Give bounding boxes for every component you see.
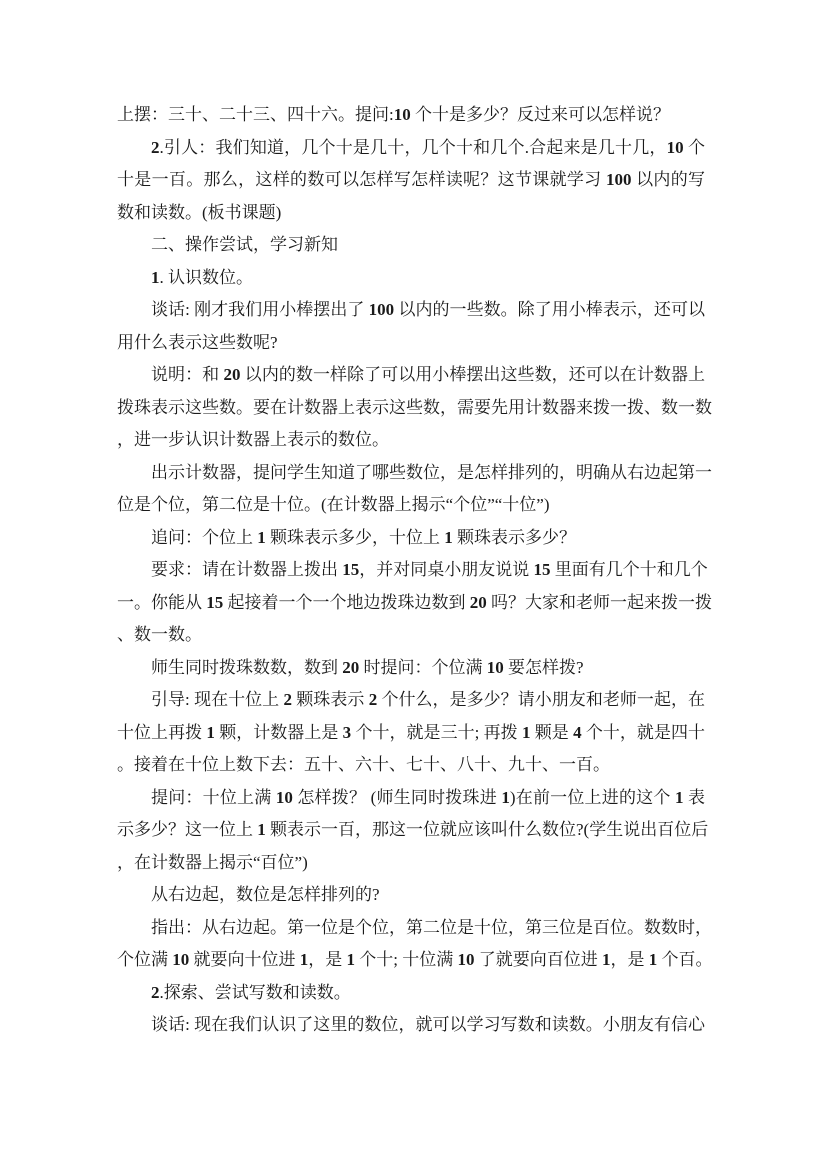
text-line: 用什么表示这些数呢? bbox=[117, 327, 705, 360]
text-line: 指出：从右边起。第一位是个位，第二位是十位，第三位是百位。数数时， bbox=[117, 912, 705, 945]
text-line: 示多少？这一位上 1 颗表示一百，那这一位就应该叫什么数位?(学生说出百位后 bbox=[117, 814, 705, 847]
text-line: 从右边起，数位是怎样排列的? bbox=[117, 879, 705, 912]
text-line: 上摆：三十、二十三、四十六。提问:10 个十是多少？反过来可以怎样说？ bbox=[117, 99, 705, 132]
text-line: 2.探索、尝试写数和读数。 bbox=[117, 977, 705, 1010]
text-line: 、数一数。 bbox=[117, 619, 705, 652]
text-line: 说明：和 20 以内的数一样除了可以用小棒摆出这些数，还可以在计数器上 bbox=[117, 359, 705, 392]
text-line: 谈话: 刚才我们用小棒摆出了 100 以内的一些数。除了用小棒表示，还可以 bbox=[117, 294, 705, 327]
text-line: 二、操作尝试，学习新知 bbox=[117, 229, 705, 262]
document-text-block: 上摆：三十、二十三、四十六。提问:10 个十是多少？反过来可以怎样说？ 2.引人… bbox=[117, 99, 705, 1042]
text-line: 数和读数。(板书课题) bbox=[117, 197, 705, 230]
text-line: 出示计数器，提问学生知道了哪些数位，是怎样排列的，明确从右边起第一 bbox=[117, 457, 705, 490]
text-line: 拨珠表示这些数。要在计数器上表示这些数，需要先用计数器来拨一拨、数一数 bbox=[117, 392, 705, 425]
text-line: 谈话: 现在我们认识了这里的数位，就可以学习写数和读数。小朋友有信心 bbox=[117, 1009, 705, 1042]
text-line: 提问：十位上满 10 怎样拨？ (师生同时拨珠进 1)在前一位上进的这个 1 表 bbox=[117, 782, 705, 815]
text-line: 追问：个位上 1 颗珠表示多少，十位上 1 颗珠表示多少？ bbox=[117, 522, 705, 555]
text-line: 一。你能从 15 起接着一个一个地边拨珠边数到 20 吗？大家和老师一起来拨一拨 bbox=[117, 587, 705, 620]
text-line: 2.引人：我们知道，几个十是几十，几个十和几个.合起来是几十几，10 个 bbox=[117, 132, 705, 165]
text-line: 十是一百。那么，这样的数可以怎样写怎样读呢？这节课就学习 100 以内的写 bbox=[117, 164, 705, 197]
lesson-plan-page: 上摆：三十、二十三、四十六。提问:10 个十是多少？反过来可以怎样说？ 2.引人… bbox=[0, 0, 827, 1170]
text-line: 位是个位，第二位是十位。(在计数器上揭示“个位”“十位”) bbox=[117, 489, 705, 522]
text-line: 要求：请在计数器上拨出 15，并对同桌小朋友说说 15 里面有几个十和几个 bbox=[117, 554, 705, 587]
text-line: 1. 认识数位。 bbox=[117, 262, 705, 295]
text-line: ，进一步认识计数器上表示的数位。 bbox=[117, 424, 705, 457]
text-line: 十位上再拨 1 颗，计数器上是 3 个十，就是三十; 再拨 1 颗是 4 个十，… bbox=[117, 717, 705, 750]
text-line: 引导: 现在十位上 2 颗珠表示 2 个什么，是多少？请小朋友和老师一起，在 bbox=[117, 684, 705, 717]
text-line: 师生同时拨珠数数，数到 20 时提问：个位满 10 要怎样拨? bbox=[117, 652, 705, 685]
text-line: ，在计数器上揭示“百位”) bbox=[117, 847, 705, 880]
text-line: 。接着在十位上数下去：五十、六十、七十、八十、九十、一百。 bbox=[117, 749, 705, 782]
text-line: 个位满 10 就要向十位进 1，是 1 个十; 十位满 10 了就要向百位进 1… bbox=[117, 944, 705, 977]
